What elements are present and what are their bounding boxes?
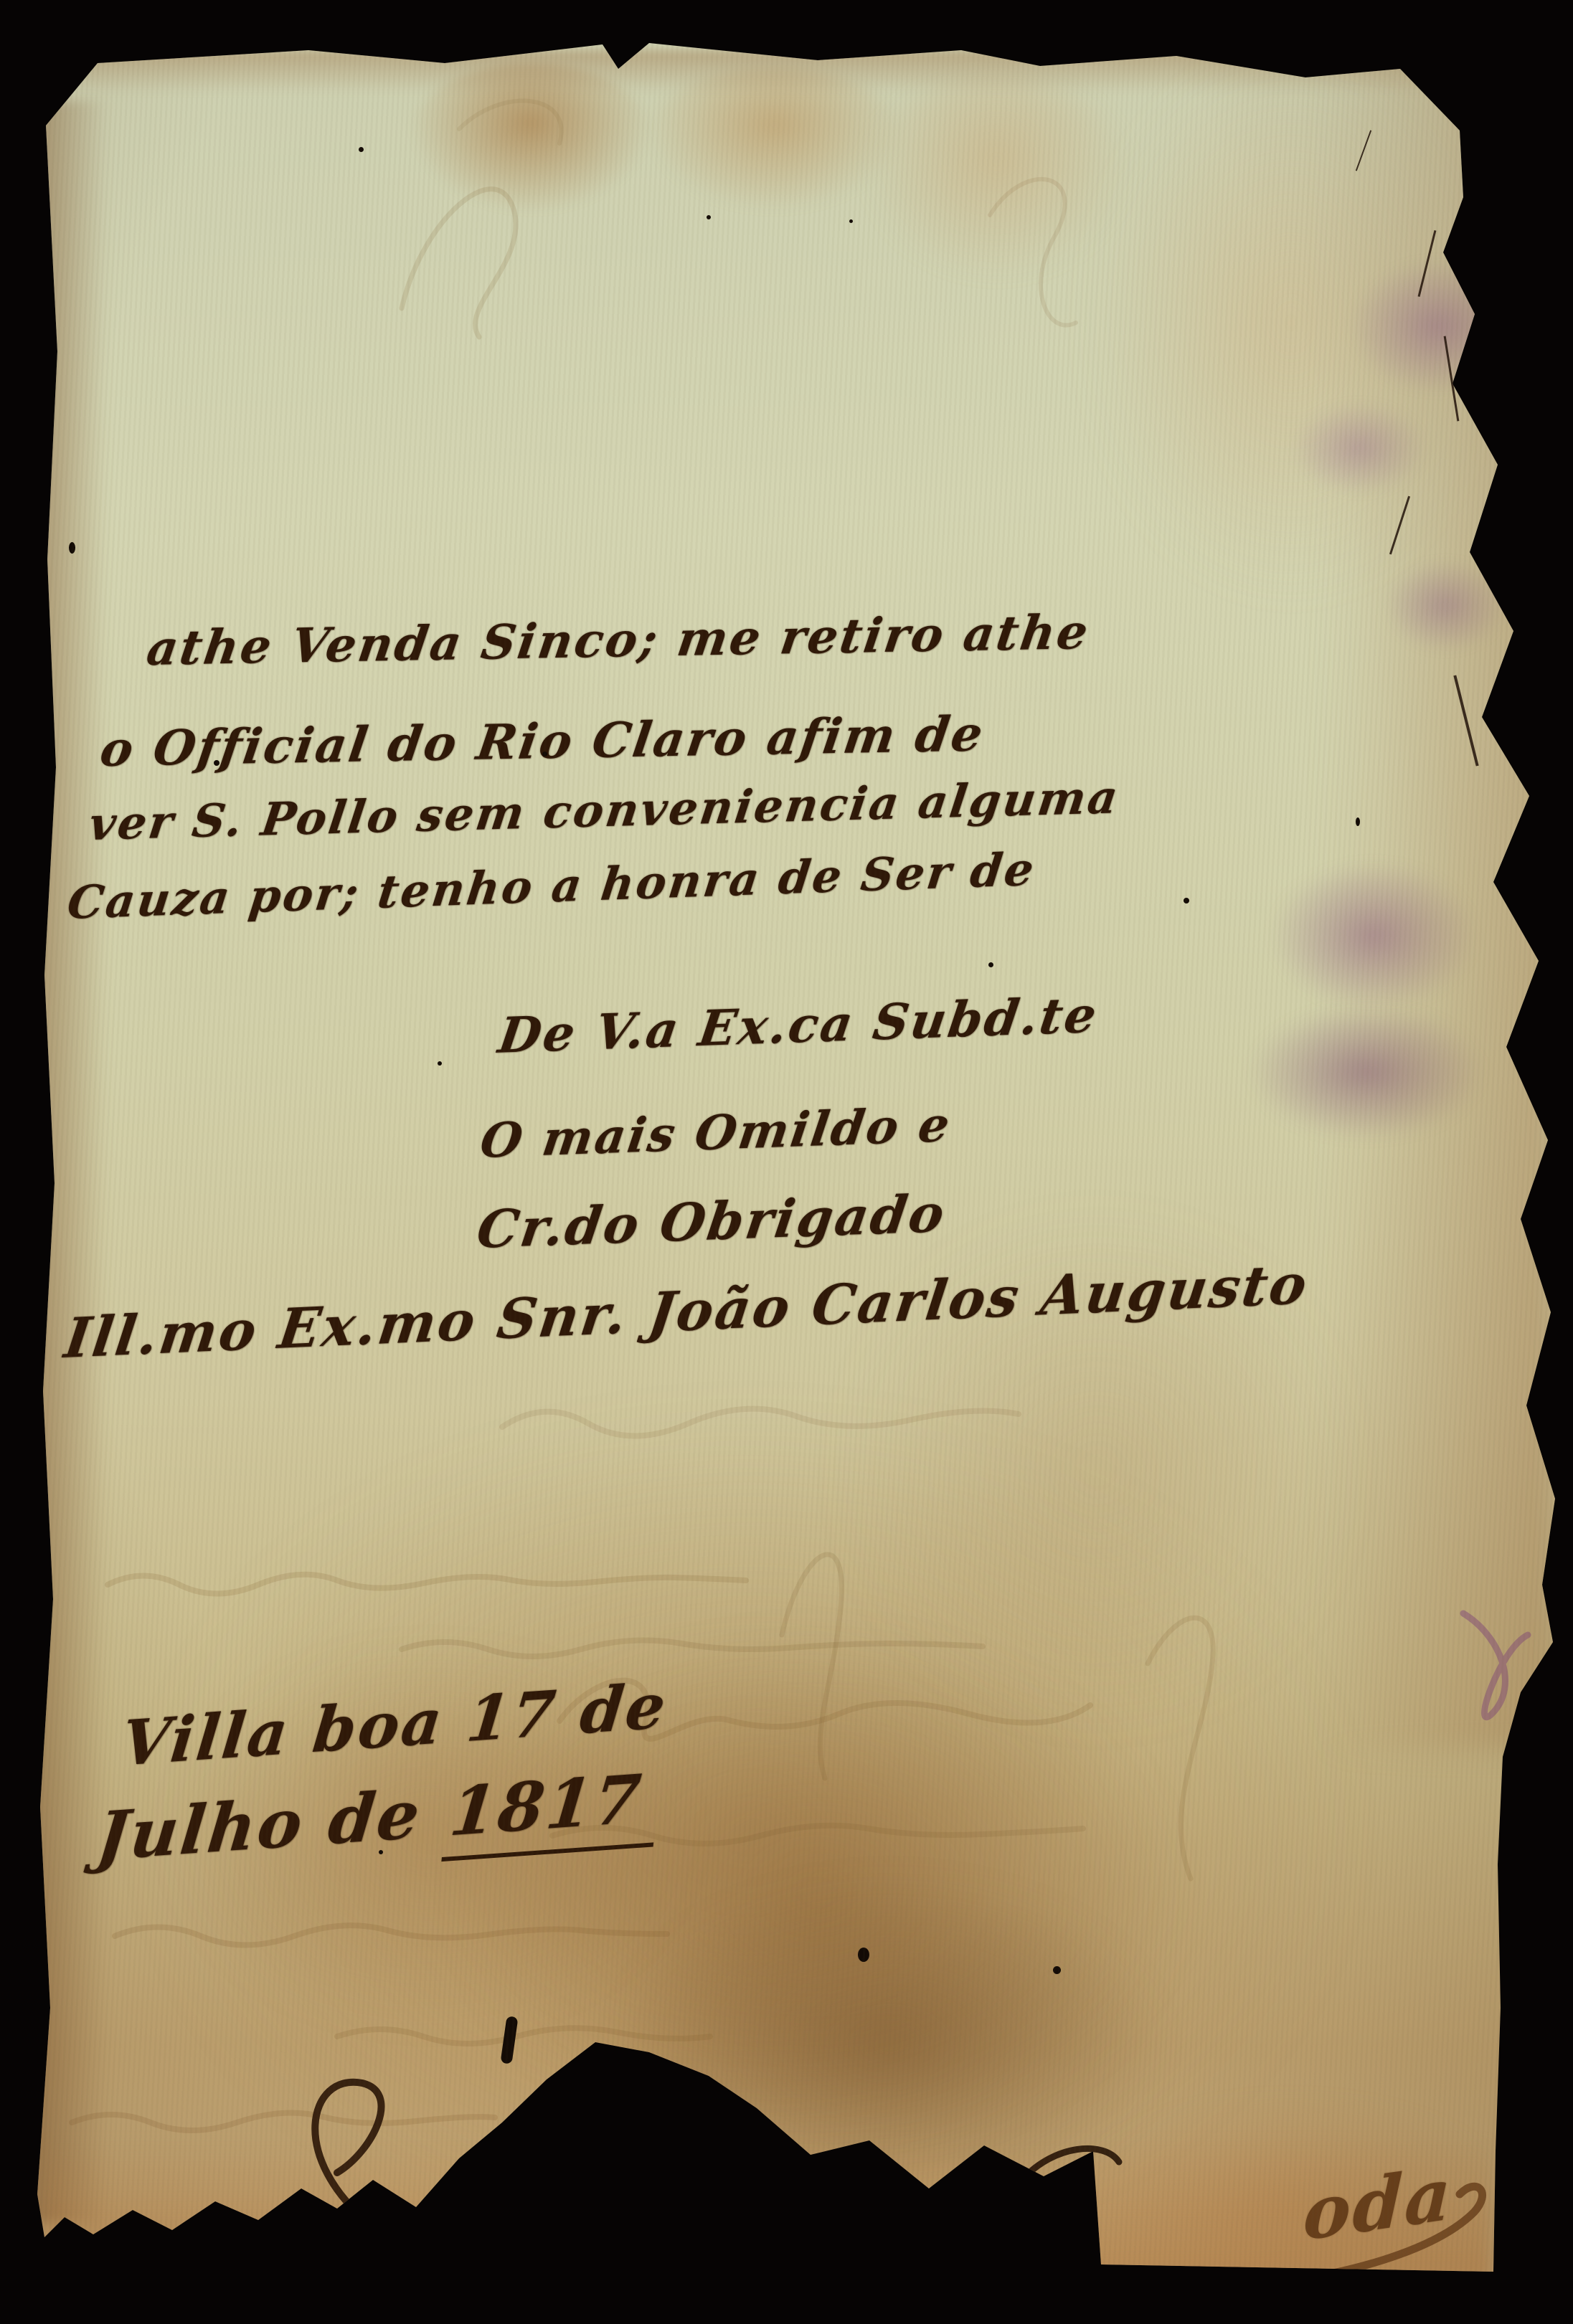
valediction-line-2: O mais Omildo e <box>477 1096 955 1169</box>
stain-top-right-blob <box>861 79 1133 280</box>
ghost-stroke <box>502 1409 1019 1436</box>
stain-top-mid-blob <box>646 68 904 212</box>
ink-speck <box>849 219 853 223</box>
scan-background: athe Venda Sinco; me retiro athe o Offic… <box>0 0 1573 2324</box>
ink-speck <box>1184 898 1189 903</box>
valediction-line-3: Cr.do Obrigado <box>473 1182 950 1260</box>
stain-bottom-dark <box>617 1879 1162 2209</box>
edge-crack <box>1356 130 1371 171</box>
edge-crack <box>1418 230 1437 297</box>
paper-slit <box>500 2016 518 2064</box>
paper-hole <box>1053 1966 1061 1974</box>
ghost-stroke <box>337 2028 710 2044</box>
handwritten-body-line-1: athe Venda Sinco; me retiro athe <box>143 604 1093 676</box>
ghost-stroke <box>1148 1618 1213 1879</box>
stain-topright-wash <box>1090 50 1492 595</box>
valediction-line-1: De V.a Ex.ca Subd.te <box>495 986 1102 1065</box>
signature-fragment: oda <box>1302 2150 1455 2257</box>
ghost-stroke <box>402 1641 983 1657</box>
paper-hole <box>858 1948 869 1962</box>
stain-purple-5 <box>1248 1004 1485 1140</box>
edge-crack <box>1389 496 1410 555</box>
addressee-line: Ill.mo Ex.mo Snr. João Carlos Augusto <box>61 1252 1313 1370</box>
stain-top-rim <box>72 50 1435 93</box>
stain-right-edge-band <box>1320 65 1557 1750</box>
bleedthrough-ghost-writing <box>0 0 1573 2324</box>
torn-flourish-stroke-2 <box>1022 2148 1119 2180</box>
stain-purple-3 <box>1384 559 1506 653</box>
ghost-stroke-purple <box>1463 1613 1528 1717</box>
paper-vignette <box>0 0 1573 2324</box>
fiber-speck <box>69 542 75 554</box>
manuscript-page: athe Venda Sinco; me retiro athe o Offic… <box>0 0 1573 2324</box>
ghost-stroke <box>108 1575 746 1594</box>
handwritten-body-line-2: o Official do Rio Claro afim de <box>97 705 988 777</box>
handwritten-body-line-4: Cauza por; tenho a honra de Ser de <box>65 843 1039 929</box>
ghost-stroke <box>459 101 562 143</box>
edge-crack <box>1444 336 1460 422</box>
ink-speck <box>438 1061 442 1066</box>
ink-speck <box>359 147 364 152</box>
stain-left-rim <box>29 100 108 2223</box>
stain-top-left-blob <box>409 63 653 214</box>
ghost-stroke <box>990 179 1076 326</box>
handwritten-body-line-3: ver S. Pollo sem conveniencia alguma <box>86 770 1123 850</box>
ghost-stroke <box>72 2113 495 2130</box>
ink-speck <box>707 215 711 219</box>
stain-purple-2 <box>1291 402 1427 495</box>
ink-speck <box>988 962 993 967</box>
stain-purple-1 <box>1348 258 1528 394</box>
edge-crack <box>1453 675 1478 766</box>
dateline-month-prefix: Julho de <box>93 1773 450 1876</box>
paper-slit <box>608 2107 620 2128</box>
ghost-stroke <box>782 1555 842 1778</box>
year-underlined: 1817 <box>441 1758 662 1861</box>
ghost-stroke <box>402 189 516 337</box>
paper-texture <box>0 0 1573 2324</box>
torn-flourish-stroke <box>315 2082 381 2226</box>
ghost-stroke <box>115 1925 667 1945</box>
stain-purple-4 <box>1270 860 1478 1011</box>
fiber-speck <box>1356 817 1360 826</box>
stain-bottom-rim-glow <box>43 2137 1492 2280</box>
